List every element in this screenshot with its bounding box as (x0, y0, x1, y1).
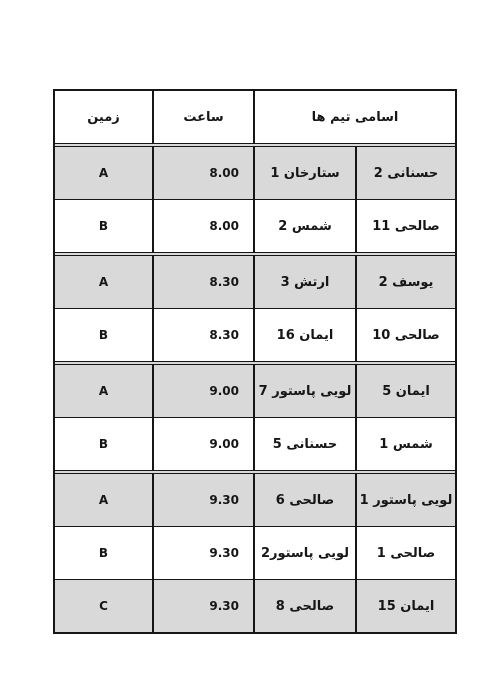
team-a-cell: شمس 1 (355, 418, 455, 470)
table-row: یوسف 2 ارتش 3 8.30 A (55, 252, 455, 308)
field-cell: A (55, 256, 152, 308)
team-b-cell: لویی پاستور2 (253, 527, 355, 579)
time-cell: 8.00 (152, 200, 253, 252)
team-a-cell: صالحی 11 (355, 200, 455, 252)
time-cell: 9.00 (152, 365, 253, 417)
header-time: ساعت (152, 91, 253, 143)
time-cell: 8.30 (152, 256, 253, 308)
team-a-cell: صالحی 1 (355, 527, 455, 579)
schedule-table: اسامی تیم ها ساعت زمین حسنانی 2 ستارخان … (53, 89, 457, 634)
time-cell: 9.30 (152, 580, 253, 632)
time-cell: 8.30 (152, 309, 253, 361)
table-row: حسنانی 2 ستارخان 1 8.00 A (55, 143, 455, 199)
table-row: ایمان 15 صالحی 8 9.30 C (55, 579, 455, 632)
field-cell: A (55, 147, 152, 199)
table-row: لویی پاستور 1 صالحی 6 9.30 A (55, 470, 455, 526)
time-cell: 9.30 (152, 527, 253, 579)
table-row: شمس 1 حسنانی 5 9.00 B (55, 417, 455, 470)
team-a-cell: لویی پاستور 1 (355, 474, 455, 526)
field-cell: B (55, 200, 152, 252)
header-row: اسامی تیم ها ساعت زمین (55, 91, 455, 143)
field-cell: C (55, 580, 152, 632)
team-a-cell: صالحی 10 (355, 309, 455, 361)
header-field: زمین (55, 91, 152, 143)
field-cell: B (55, 309, 152, 361)
team-a-cell: یوسف 2 (355, 256, 455, 308)
team-a-cell: ایمان 5 (355, 365, 455, 417)
table-row: صالحی 10 ایمان 16 8.30 B (55, 308, 455, 361)
field-cell: B (55, 418, 152, 470)
team-b-cell: لویی پاستور 7 (253, 365, 355, 417)
team-b-cell: ستارخان 1 (253, 147, 355, 199)
time-cell: 9.30 (152, 474, 253, 526)
team-b-cell: حسنانی 5 (253, 418, 355, 470)
team-b-cell: صالحی 8 (253, 580, 355, 632)
team-b-cell: شمس 2 (253, 200, 355, 252)
team-b-cell: صالحی 6 (253, 474, 355, 526)
table-row: صالحی 1 لویی پاستور2 9.30 B (55, 526, 455, 579)
team-a-cell: ایمان 15 (355, 580, 455, 632)
field-cell: A (55, 365, 152, 417)
field-cell: A (55, 474, 152, 526)
team-b-cell: ارتش 3 (253, 256, 355, 308)
table-row: ایمان 5 لویی پاستور 7 9.00 A (55, 361, 455, 417)
document-page: اسامی تیم ها ساعت زمین حسنانی 2 ستارخان … (0, 0, 497, 677)
table-row: صالحی 11 شمس 2 8.00 B (55, 199, 455, 252)
header-teams: اسامی تیم ها (253, 91, 455, 143)
team-a-cell: حسنانی 2 (355, 147, 455, 199)
field-cell: B (55, 527, 152, 579)
time-cell: 8.00 (152, 147, 253, 199)
time-cell: 9.00 (152, 418, 253, 470)
team-b-cell: ایمان 16 (253, 309, 355, 361)
